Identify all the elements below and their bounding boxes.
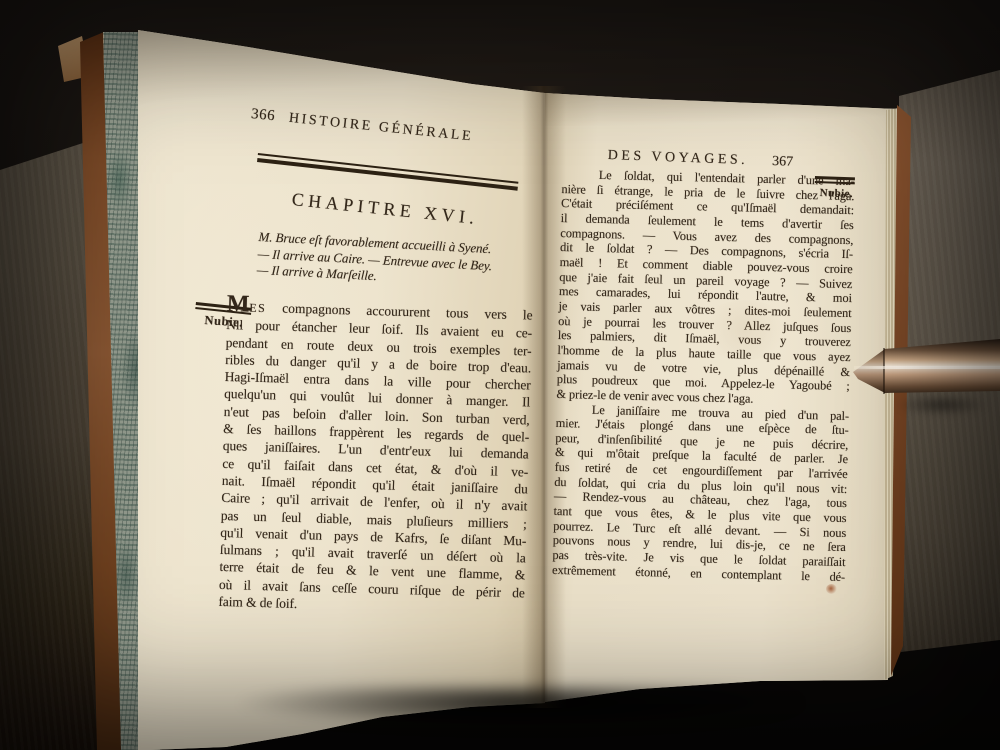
pen-seam	[883, 348, 885, 394]
photo-open-book: 366 HISTOIRE GÉNÉRALE CHAPITRE XVI. M. B…	[0, 0, 1000, 750]
faint-stain	[700, 300, 790, 360]
ink-speck	[300, 446, 305, 452]
foxing-spot	[826, 584, 837, 594]
page-number: 366	[250, 106, 276, 125]
drop-initial: M	[226, 291, 249, 318]
page-shading	[130, 24, 550, 114]
pen-highlight	[854, 366, 1000, 369]
left-page-body: MES compagnons accoururent tous vers le …	[218, 296, 533, 619]
body-lines: Nil pour étancher leur ſoif. Ils avaient…	[218, 316, 532, 618]
book-shadow	[140, 686, 900, 742]
small-caps: ES	[249, 301, 266, 315]
page-shading	[545, 90, 905, 126]
metal-pen	[852, 336, 1000, 396]
right-page-body: Le ſoldat, qui l'entendait parler d'une …	[552, 167, 855, 584]
page-number: 367	[772, 154, 794, 171]
